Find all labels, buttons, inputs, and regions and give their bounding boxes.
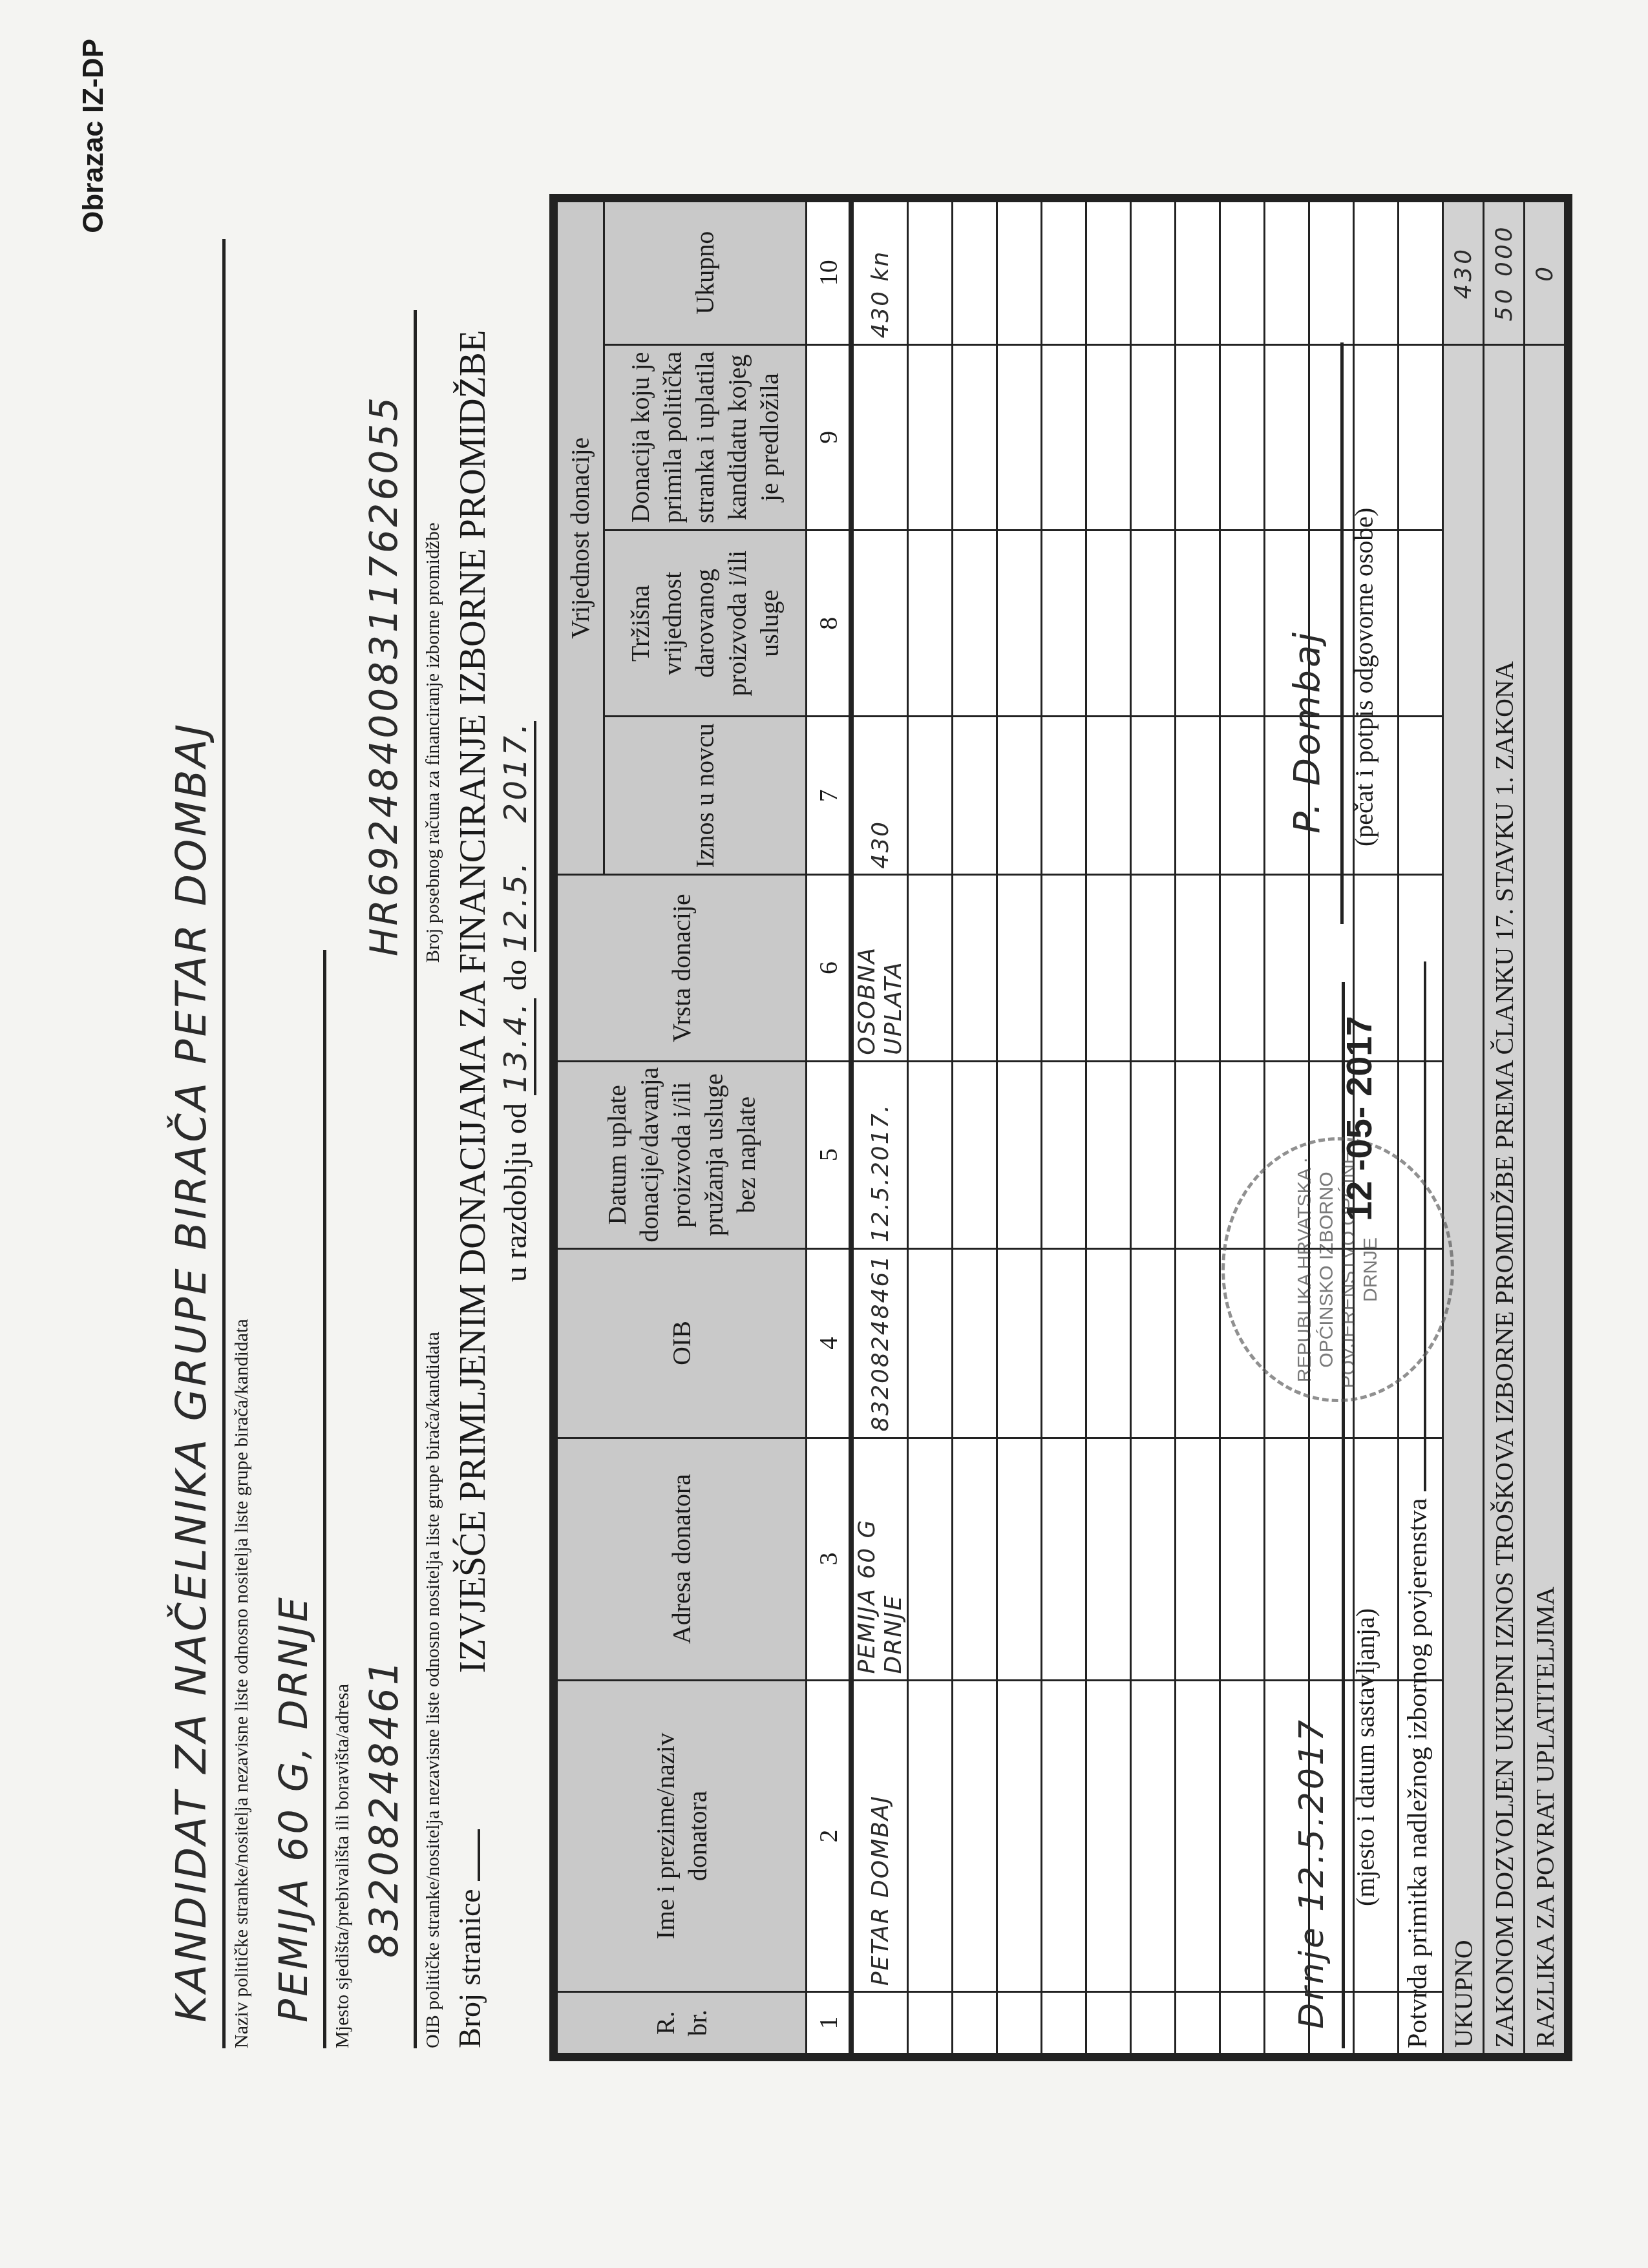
cell-cash[interactable] <box>908 717 953 875</box>
cell-total[interactable] <box>1086 202 1131 345</box>
report-period: u razdoblju od 13.4. do 12.5. 2017. <box>498 317 536 1686</box>
cell-party[interactable] <box>1042 344 1086 530</box>
cell-oib[interactable] <box>1131 1248 1176 1438</box>
table-row <box>1220 202 1265 2054</box>
cell-name[interactable] <box>1131 1680 1176 1992</box>
column-number: 5 <box>807 1061 852 1248</box>
oib-caption: OIB političke stranke/nositelja nezavisn… <box>422 950 444 2048</box>
period-to-year: 2017. <box>498 721 534 823</box>
period-from[interactable]: 13.4. <box>498 998 536 1095</box>
cell-rbr[interactable] <box>1086 1992 1131 2054</box>
account-field: HR6924840083117626055 Broj posebnog raču… <box>362 310 444 963</box>
period-prefix: u razdoblju od <box>499 1103 533 1282</box>
cell-oib[interactable] <box>908 1248 953 1438</box>
cell-oib[interactable]: 83208248461 <box>851 1248 908 1438</box>
cell-total[interactable] <box>997 202 1042 345</box>
cell-cash[interactable] <box>1399 717 1443 875</box>
signature-field: P. Dombaj (pečat i potpis odgovorne osob… <box>1286 342 1379 924</box>
cell-market[interactable] <box>1042 530 1086 716</box>
header-value-group: Vrijednost donacije <box>557 202 604 875</box>
cell-type[interactable] <box>953 875 997 1061</box>
page-number-label: Broj stranice <box>453 1889 487 2048</box>
column-number: 7 <box>807 717 852 875</box>
cell-market[interactable] <box>1176 530 1220 716</box>
cell-oib[interactable] <box>1042 1248 1086 1438</box>
header-date: Datum uplate donacije/davanja proizvoda … <box>557 1061 807 1248</box>
signature-caption: (pečat i potpis odgovorne osobe) <box>1349 342 1379 924</box>
table-row: PETAR DOMBAJPEMIJA 60 G DRNJE83208248461… <box>851 202 908 2054</box>
cell-name[interactable] <box>1086 1680 1131 1992</box>
page-number-field: Broj stranice <box>452 1829 488 2048</box>
cell-address[interactable] <box>1042 1438 1086 1680</box>
rotated-form-page: Obrazac IZ-DP KANDIDAT ZA NAČELNIKA GRUP… <box>0 0 1648 2268</box>
address-field: PEMIJA 60 G, DRNJE Mjesto sjedišta/prebi… <box>271 950 354 2048</box>
cell-rbr[interactable] <box>1042 1992 1086 2054</box>
header-address: Adresa donatora <box>557 1438 807 1680</box>
header-party: Donacija koju je primila politička stran… <box>604 344 807 530</box>
cell-rbr[interactable] <box>953 1992 997 2054</box>
totals-value[interactable]: 50 000 <box>1484 202 1525 345</box>
cell-address[interactable] <box>1131 1438 1176 1680</box>
cell-oib[interactable] <box>953 1248 997 1438</box>
cell-total[interactable] <box>1309 202 1354 345</box>
header-name: Ime i prezime/naziv donatora <box>557 1680 807 1992</box>
cell-address[interactable] <box>1086 1438 1131 1680</box>
cell-type[interactable] <box>908 875 953 1061</box>
table-row <box>1086 202 1131 2054</box>
cell-cash[interactable] <box>953 717 997 875</box>
period-to[interactable]: 12.5. 2017. <box>498 721 536 952</box>
cell-type[interactable] <box>1176 875 1220 1061</box>
cell-total[interactable] <box>1399 202 1443 345</box>
cell-total[interactable] <box>1220 202 1265 345</box>
stamp-date: 12 -05- 2017 <box>1338 1016 1380 1221</box>
table-row <box>997 202 1042 2054</box>
cell-cash[interactable] <box>1131 717 1176 875</box>
header-total: Ukupno <box>604 202 807 345</box>
cell-market[interactable] <box>1399 530 1443 716</box>
column-number: 1 <box>807 1992 852 2054</box>
page-number-value[interactable] <box>478 1829 480 1881</box>
totals-label: ZAKONOM DOZVOLJEN UKUPNI IZNOS TROŠKOVA … <box>1484 344 1525 2053</box>
cell-rbr[interactable] <box>997 1992 1042 2054</box>
column-number: 3 <box>807 1438 852 1680</box>
column-number: 10 <box>807 202 852 345</box>
cell-address[interactable] <box>997 1438 1042 1680</box>
cell-name[interactable] <box>1042 1680 1086 1992</box>
cell-date[interactable] <box>953 1061 997 1248</box>
header-row-top: R. br. Ime i prezime/naziv donatora Adre… <box>557 202 604 2054</box>
cell-name[interactable] <box>1176 1680 1220 1992</box>
signature-value: P. Dombaj <box>1286 342 1344 924</box>
column-number: 4 <box>807 1248 852 1438</box>
cell-address[interactable]: PEMIJA 60 G DRNJE <box>851 1438 908 1680</box>
receipt-label: Potvrda primitka nadležnog izbornog povj… <box>1403 1498 1433 2048</box>
column-number: 9 <box>807 344 852 530</box>
oib-value: 83208248461 <box>362 950 417 2048</box>
column-number: 2 <box>807 1680 852 1992</box>
cell-type[interactable] <box>1042 875 1086 1061</box>
party-name-caption: Naziv političke stranke/nositelja nezavi… <box>231 239 253 2048</box>
cell-date[interactable] <box>1086 1061 1131 1248</box>
cell-cash[interactable] <box>1042 717 1086 875</box>
cell-date[interactable]: 12.5.2017. <box>851 1061 908 1248</box>
cell-name[interactable] <box>908 1680 953 1992</box>
column-number: 8 <box>807 530 852 716</box>
oib-field: 83208248461 OIB političke stranke/nosite… <box>362 950 444 2048</box>
party-name-value: KANDIDAT ZA NAČELNIKA GRUPE BIRAČA PETAR… <box>168 239 226 2048</box>
cell-name[interactable]: PETAR DOMBAJ <box>851 1680 908 1992</box>
report-title: IZVJEŠĆE PRIMLJENIM DONACIJAMA ZA FINANC… <box>452 317 494 1686</box>
cell-name[interactable] <box>997 1680 1042 1992</box>
cell-market[interactable] <box>851 530 908 716</box>
cell-market[interactable] <box>1220 530 1265 716</box>
table-row <box>1176 202 1220 2054</box>
cell-type[interactable] <box>997 875 1042 1061</box>
period-to-day: 12.5. <box>498 860 534 952</box>
cell-rbr[interactable] <box>1176 1992 1220 2054</box>
account-value: HR6924840083117626055 <box>362 310 417 963</box>
totals-label: RAZLIKA ZA POVRAT UPLATITELJIMA <box>1525 344 1565 2053</box>
cell-date[interactable] <box>997 1061 1042 1248</box>
cell-market[interactable] <box>953 530 997 716</box>
cell-date[interactable] <box>908 1061 953 1248</box>
cell-total[interactable] <box>1354 202 1399 345</box>
totals-row: RAZLIKA ZA POVRAT UPLATITELJIMA0 <box>1525 202 1565 2054</box>
cell-oib[interactable] <box>1176 1248 1220 1438</box>
table-row <box>1042 202 1086 2054</box>
cell-rbr[interactable] <box>851 1992 908 2054</box>
cell-type[interactable] <box>1220 875 1265 1061</box>
cell-party[interactable] <box>908 344 953 530</box>
account-caption: Broj posebnog računa za financiranje izb… <box>422 310 444 963</box>
cell-cash[interactable] <box>1086 717 1131 875</box>
cell-party[interactable] <box>1086 344 1131 530</box>
cell-name[interactable] <box>1220 1680 1265 1992</box>
cell-rbr[interactable] <box>1131 1992 1176 2054</box>
cell-cash[interactable] <box>997 717 1042 875</box>
cell-type[interactable] <box>1131 875 1176 1061</box>
header-cash: Iznos u novcu <box>604 717 807 875</box>
table-row <box>953 202 997 2054</box>
totals-value[interactable]: 430 <box>1443 202 1484 345</box>
cell-date[interactable] <box>1176 1061 1220 1248</box>
cell-party[interactable] <box>953 344 997 530</box>
form-code: Obrazac IZ-DP <box>78 39 110 233</box>
column-number-row: 12345678910 <box>807 202 852 2054</box>
cell-type[interactable]: OSOBNA UPLATA <box>851 875 908 1061</box>
cell-date[interactable] <box>1131 1061 1176 1248</box>
period-mid: do <box>499 960 533 991</box>
cell-total[interactable] <box>908 202 953 345</box>
cell-oib[interactable] <box>997 1248 1042 1438</box>
cell-total[interactable]: 430 kn <box>851 202 908 345</box>
cell-party[interactable] <box>851 344 908 530</box>
totals-row: UKUPNO430 <box>1443 202 1484 2054</box>
cell-party[interactable] <box>1220 344 1265 530</box>
cell-total[interactable] <box>1176 202 1220 345</box>
cell-rbr[interactable] <box>908 1992 953 2054</box>
cell-party[interactable] <box>997 344 1042 530</box>
header-oib: OIB <box>557 1248 807 1438</box>
cell-party[interactable] <box>1176 344 1220 530</box>
cell-oib[interactable] <box>1086 1248 1131 1438</box>
address-value: PEMIJA 60 G, DRNJE <box>271 950 326 2048</box>
cell-total[interactable] <box>1131 202 1176 345</box>
table-row <box>908 202 953 2054</box>
cell-cash[interactable] <box>1176 717 1220 875</box>
cell-party[interactable] <box>1131 344 1176 530</box>
column-number: 6 <box>807 875 852 1061</box>
header-type: Vrsta donacije <box>557 875 807 1061</box>
party-name-field: KANDIDAT ZA NAČELNIKA GRUPE BIRAČA PETAR… <box>168 239 253 2048</box>
cell-address[interactable] <box>953 1438 997 1680</box>
cell-market[interactable] <box>1131 530 1176 716</box>
cell-market[interactable] <box>1086 530 1131 716</box>
cell-type[interactable] <box>1086 875 1131 1061</box>
cell-cash[interactable] <box>1220 717 1265 875</box>
cell-name[interactable] <box>953 1680 997 1992</box>
header-rbr: R. br. <box>557 1992 807 2054</box>
totals-value[interactable]: 0 <box>1525 202 1565 345</box>
totals-row: ZAKONOM DOZVOLJEN UKUPNI IZNOS TROŠKOVA … <box>1484 202 1525 2054</box>
cell-address[interactable] <box>1176 1438 1220 1680</box>
header-market: Tržišna vrijednost darovanog proizvoda i… <box>604 530 807 716</box>
cell-total[interactable] <box>953 202 997 345</box>
cell-market[interactable] <box>997 530 1042 716</box>
cell-address[interactable] <box>1220 1438 1265 1680</box>
table-row <box>1131 202 1176 2054</box>
totals-label: UKUPNO <box>1443 344 1484 2053</box>
cell-total[interactable] <box>1265 202 1309 345</box>
address-caption: Mjesto sjedišta/prebivališta ili boraviš… <box>332 950 354 2048</box>
cell-party[interactable] <box>1399 344 1443 530</box>
receipt-field: Potvrda primitka nadležnog izbornog povj… <box>1402 961 1433 2048</box>
cell-address[interactable] <box>908 1438 953 1680</box>
cell-rbr[interactable] <box>1220 1992 1265 2054</box>
cell-total[interactable] <box>1042 202 1086 345</box>
cell-date[interactable] <box>1042 1061 1086 1248</box>
cell-cash[interactable]: 430 <box>851 717 908 875</box>
cell-market[interactable] <box>908 530 953 716</box>
